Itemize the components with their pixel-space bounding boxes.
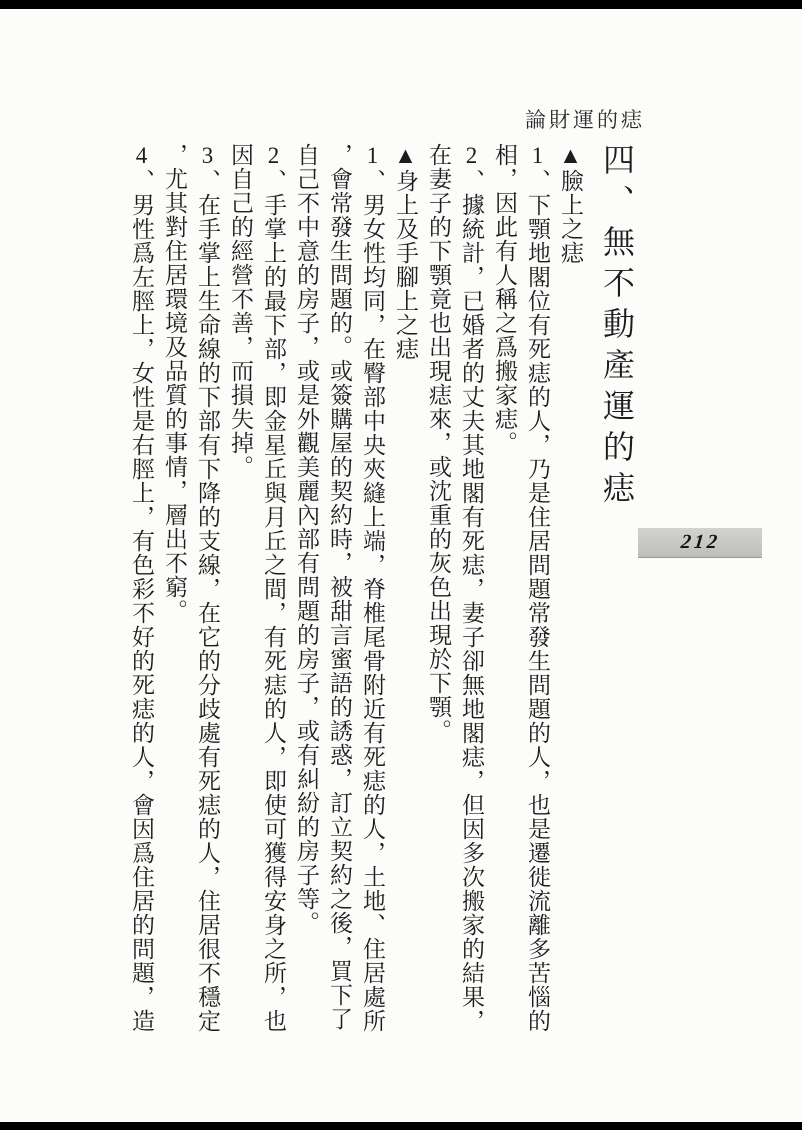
paragraph-body-1: 1、男女性均同，在臀部中央夾縫上端，脊椎尾骨附近有死痣的人，土地、住居處所，會常… — [290, 143, 389, 1033]
paragraph-body-3: 3、在手掌上生命線的下部有下降的支線，在它的分歧處有死痣的人，住居很不穩定，尤其… — [158, 143, 224, 1033]
paragraph-body-4: 4、男性爲左脛上，女性是右脛上，有色彩不好的死痣的人，會因爲住居的問題，造 — [125, 143, 158, 1033]
section-heading-face-moles: ▲臉上之痣 — [554, 143, 587, 1033]
page-number: 212 — [679, 531, 720, 554]
paragraph-face-1: 1、下顎地閣位有死痣的人，乃是住居問題常發生問題的人，也是遷徙流離多苦惱的相，因… — [488, 143, 554, 1033]
scan-edge-top — [0, 0, 802, 9]
page-number-tab: 212 — [638, 528, 762, 557]
paragraph-body-2: 2、手掌上的最下部，即金星丘與月丘之間，有死痣的人，即使可獲得安身之所，也因自己… — [224, 143, 290, 1033]
chapter-title: 四、無不動產運的痣 — [594, 143, 640, 1033]
section-heading-body-moles: ▲身上及手腳上之痣 — [389, 143, 422, 1033]
scan-edge-bottom — [0, 1122, 802, 1130]
running-head: 論財運的痣 — [525, 104, 645, 134]
paragraph-face-2: 2、據統計，已婚者的丈夫其地閣有死痣，妻子卻無地閣痣，但因多次搬家的結果，在妻子… — [422, 143, 488, 1033]
text-body: 四、無不動產運的痣 ▲臉上之痣 1、下顎地閣位有死痣的人，乃是住居問題常發生問題… — [125, 143, 640, 1033]
scanned-book-page: 論財運的痣 212 四、無不動產運的痣 ▲臉上之痣 1、下顎地閣位有死痣的人，乃… — [0, 0, 802, 1130]
